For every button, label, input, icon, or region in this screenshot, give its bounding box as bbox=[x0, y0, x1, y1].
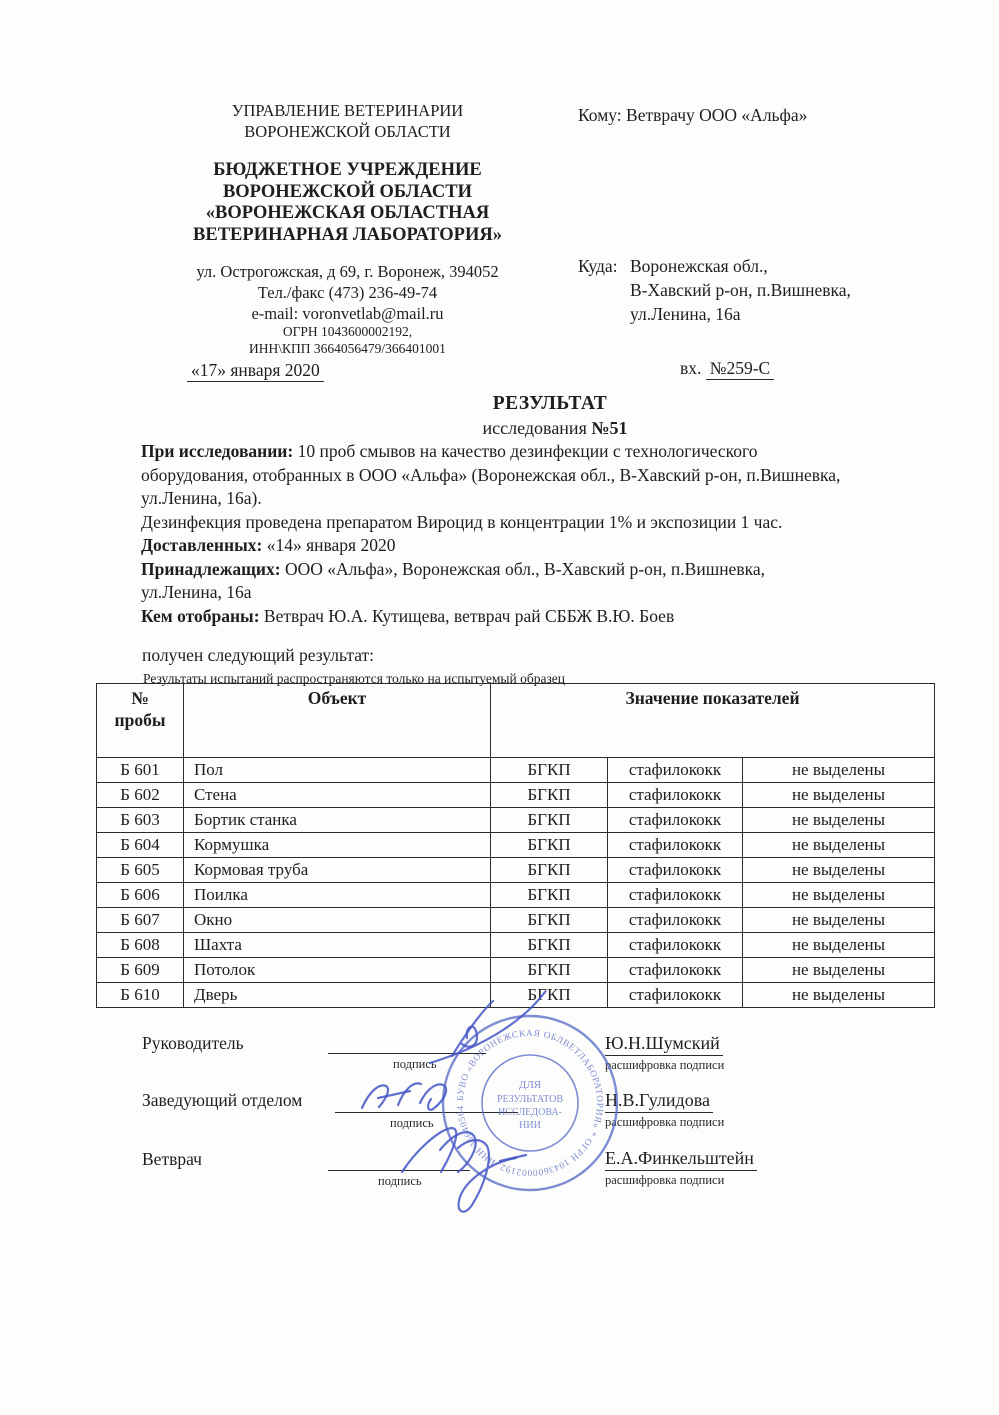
header-sample-number: № пробы bbox=[97, 684, 184, 758]
paragraph-label: Кем отобраны: bbox=[141, 606, 260, 626]
svg-text:НИИ: НИИ bbox=[519, 1120, 541, 1131]
signature-caption2: расшифровка подписи bbox=[605, 1115, 724, 1130]
recipient-address-block: Куда: Воронежская обл., В-Хавский р-он, … bbox=[578, 254, 851, 326]
signature-caption: подпись bbox=[393, 1057, 437, 1072]
intro-paragraph: Кем отобраны: Ветврач Ю.А. Кутищева, вет… bbox=[141, 605, 983, 629]
recipient-where-label: Куда: bbox=[578, 254, 630, 278]
sender-block: УПРАВЛЕНИЕ ВЕТЕРИНАРИИ ВОРОНЕЖСКОЙ ОБЛАС… bbox=[145, 100, 550, 357]
paragraph-text: Ветврач Ю.А. Кутищева, ветврач рай СББЖ … bbox=[260, 606, 675, 626]
org-address: ул. Острогожская, д 69, г. Воронеж, 3940… bbox=[145, 261, 550, 282]
header-value: Значение показателей bbox=[491, 684, 935, 758]
signature-line bbox=[328, 1028, 486, 1054]
signature-line bbox=[328, 1145, 470, 1171]
table-row: Б 605Кормовая трубаБГКПстафилококкне выд… bbox=[97, 858, 935, 883]
authority-line1: УПРАВЛЕНИЕ ВЕТЕРИНАРИИ bbox=[145, 100, 550, 121]
table-row: Б 610ДверьБГКПстафилококкне выделены bbox=[97, 983, 935, 1008]
intro-paragraphs: При исследовании: 10 проб смывов на каче… bbox=[141, 440, 983, 628]
paragraph-label: При исследовании: bbox=[141, 441, 293, 461]
org-registration: ОГРН 1043600002192, ИНН\КПП 3664056479/3… bbox=[145, 324, 550, 357]
signature-name: Ю.Н.Шумский bbox=[605, 1033, 723, 1056]
document-subtitle: исследования №51 bbox=[300, 418, 810, 439]
document-title: РЕЗУЛЬТАТ bbox=[300, 393, 800, 415]
signature-role: Ветврач bbox=[142, 1149, 202, 1170]
signature-caption: подпись bbox=[378, 1174, 422, 1189]
authority-name: УПРАВЛЕНИЕ ВЕТЕРИНАРИИ ВОРОНЕЖСКОЙ ОБЛАС… bbox=[145, 100, 550, 142]
org-line2: ВОРОНЕЖСКОЙ ОБЛАСТИ bbox=[145, 182, 550, 204]
recipient-where-line2: В-Хавский р-он, п.Вишневка, bbox=[630, 278, 851, 302]
paragraph-text: «14» января 2020 bbox=[262, 535, 395, 555]
results-table: № пробы Объект Значение показателей Б 60… bbox=[96, 683, 935, 1008]
header-object: Объект bbox=[184, 684, 491, 758]
result-intro-line: получен следующий результат: bbox=[142, 645, 374, 666]
org-contacts: ул. Острогожская, д 69, г. Воронеж, 3940… bbox=[145, 261, 550, 324]
org-inn-kpp: ИНН\КПП 3664056479/366401001 bbox=[145, 341, 550, 358]
table-row: Б 606ПоилкаБГКПстафилококкне выделены bbox=[97, 883, 935, 908]
table-row: Б 603Бортик станкаБГКПстафилококкне выде… bbox=[97, 808, 935, 833]
incoming-number-line: вх. №259-С bbox=[680, 358, 774, 379]
date-value: «17» января 2020 bbox=[187, 360, 324, 382]
signature-name: Н.В.Гулидова bbox=[605, 1090, 713, 1113]
signature-caption2: расшифровка подписи bbox=[605, 1058, 724, 1073]
intro-paragraph: Доставленных: «14» января 2020 bbox=[141, 534, 983, 558]
table-row: Б 602СтенаБГКПстафилококкне выделены bbox=[97, 783, 935, 808]
authority-line2: ВОРОНЕЖСКОЙ ОБЛАСТИ bbox=[145, 121, 550, 142]
intro-paragraph: При исследовании: 10 проб смывов на каче… bbox=[141, 440, 983, 511]
table-row: Б 601ПолБГКПстафилококкне выделены bbox=[97, 758, 935, 783]
table-header-row: № пробы Объект Значение показателей bbox=[97, 684, 935, 758]
intro-paragraph: Принадлежащих: ООО «Альфа», Воронежская … bbox=[141, 558, 983, 605]
incoming-label: вх. bbox=[680, 358, 706, 378]
org-ogrn: ОГРН 1043600002192, bbox=[145, 324, 550, 341]
organization-name: БЮДЖЕТНОЕ УЧРЕЖДЕНИЕ ВОРОНЕЖСКОЙ ОБЛАСТИ… bbox=[145, 160, 550, 246]
org-phone: Тел./факс (473) 236-49-74 bbox=[145, 282, 550, 303]
table-row: Б 604КормушкаБГКПстафилококкне выделены bbox=[97, 833, 935, 858]
svg-text:ДЛЯ: ДЛЯ bbox=[519, 1079, 542, 1091]
document-date: «17» января 2020 bbox=[187, 360, 324, 381]
table-row: Б 607ОкноБГКПстафилококкне выделены bbox=[97, 908, 935, 933]
signature-name: Е.А.Финкельштейн bbox=[605, 1148, 757, 1171]
signature-role: Заведующий отделом bbox=[142, 1090, 302, 1111]
org-line3: «ВОРОНЕЖСКАЯ ОБЛАСТНАЯ bbox=[145, 203, 550, 225]
table-row: Б 609ПотолокБГКПстафилококкне выделены bbox=[97, 958, 935, 983]
recipient-where-line1: Воронежская обл., bbox=[630, 254, 768, 278]
subtitle-number: №51 bbox=[591, 418, 627, 438]
document-page: УПРАВЛЕНИЕ ВЕТЕРИНАРИИ ВОРОНЕЖСКОЙ ОБЛАС… bbox=[0, 0, 999, 1415]
signature-caption2: расшифровка подписи bbox=[605, 1173, 724, 1188]
table-row: Б 608ШахтаБГКПстафилококкне выделены bbox=[97, 933, 935, 958]
signature-role: Руководитель bbox=[142, 1033, 244, 1054]
signature-line bbox=[335, 1087, 518, 1113]
org-email: e-mail: voronvetlab@mail.ru bbox=[145, 303, 550, 324]
recipient-where-line3: ул.Ленина, 16а bbox=[630, 302, 741, 326]
paragraph-label: Доставленных: bbox=[141, 535, 262, 555]
paragraph-text: Дезинфекция проведена препаратом Вироцид… bbox=[141, 512, 782, 532]
subtitle-regular: исследования bbox=[483, 418, 592, 438]
org-line4: ВЕТЕРИНАРНАЯ ЛАБОРАТОРИЯ» bbox=[145, 225, 550, 247]
incoming-number: №259-С bbox=[706, 358, 774, 380]
paragraph-label: Принадлежащих: bbox=[141, 559, 281, 579]
signature-caption: подпись bbox=[390, 1116, 434, 1131]
recipient-to-line: Кому: Ветврачу ООО «Альфа» bbox=[578, 105, 807, 126]
intro-paragraph: Дезинфекция проведена препаратом Вироцид… bbox=[141, 511, 983, 535]
org-line1: БЮДЖЕТНОЕ УЧРЕЖДЕНИЕ bbox=[145, 160, 550, 182]
